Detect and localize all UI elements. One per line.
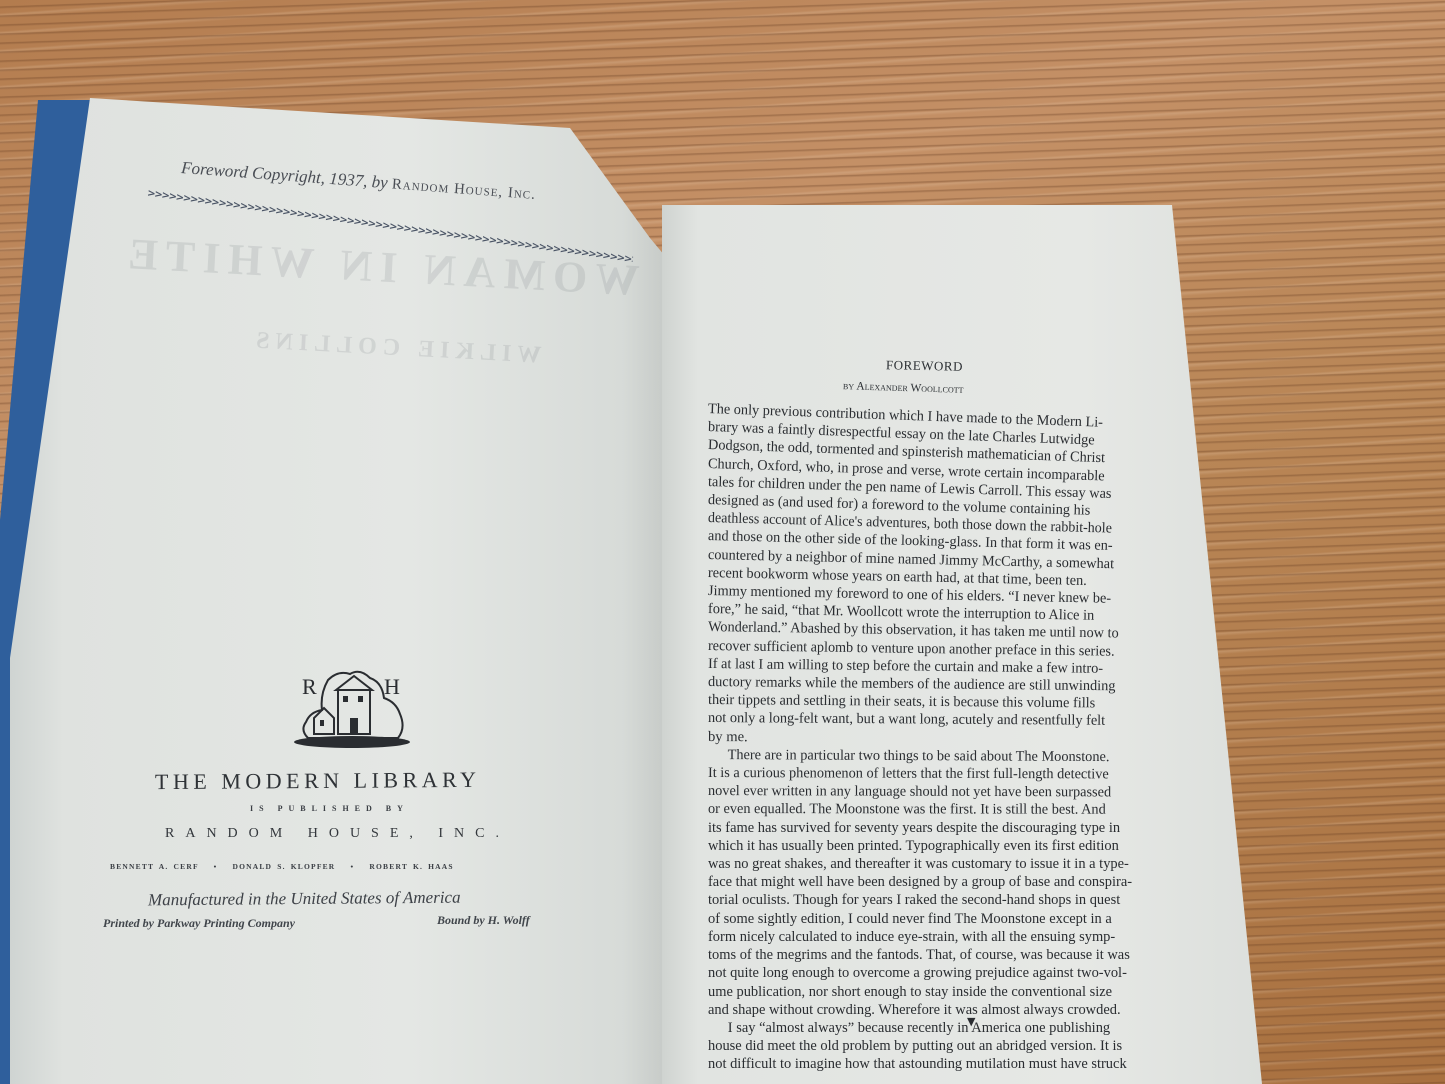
publisher-name: RANDOM HOUSE, INC. [165, 826, 510, 842]
text-line: toms of the megrims and the fantods. Tha… [708, 946, 1228, 964]
text-line: or even equalled. The Moonstone was the … [708, 800, 1223, 819]
text-line: was no great shakes, and thereafter it w… [708, 855, 1228, 873]
foreword-body: The only previous contribution which I h… [708, 400, 1233, 1074]
manufactured-line: Manufactured in the United States of Ame… [148, 888, 461, 911]
published-by-label: IS PUBLISHED BY [250, 804, 409, 813]
text-line: face that might well have been designed … [708, 873, 1228, 891]
text-line: its fame has survived for seventy years … [708, 819, 1228, 837]
svg-text:R: R [302, 674, 317, 699]
text-line: which it has usually been printed. Typog… [708, 837, 1228, 855]
partner-name: BENNETT A. CERF [110, 862, 198, 871]
text-line: not difficult to imagine how that astoun… [708, 1055, 1228, 1073]
random-house-logo-icon: R H [288, 668, 416, 752]
partner-name: ROBERT K. HAAS [369, 862, 453, 871]
bullet-separator-icon: • [351, 862, 355, 871]
printer-credit: Printed by Parkway Printing Company [103, 916, 295, 931]
modern-library-title: THE MODERN LIBRARY [155, 767, 481, 795]
text-line: not quite long enough to overcome a grow… [708, 964, 1228, 982]
svg-text:H: H [384, 674, 400, 699]
continue-triangle-icon: ▼ [967, 1015, 975, 1028]
partners-line: BENNETT A. CERF • DONALD S. KLOPFER • RO… [110, 862, 454, 871]
text-line: torial oculists. Though for years I rake… [708, 891, 1228, 909]
foreword-heading: FOREWORD [886, 357, 963, 375]
partner-name: DONALD S. KLOPFER [232, 862, 335, 871]
bullet-separator-icon: • [214, 862, 218, 871]
text-line: It is a curious phenomenon of letters th… [708, 764, 1223, 784]
text-line: of some sightly edition, I could never f… [708, 910, 1228, 928]
text-line: form nicely calculated to induce eye-str… [708, 928, 1228, 946]
binder-credit: Bound by H. Wolff [437, 913, 530, 928]
text-line: house did meet the old problem by puttin… [708, 1037, 1228, 1055]
text-line: ume publication, nor short enough to sta… [708, 983, 1228, 1001]
